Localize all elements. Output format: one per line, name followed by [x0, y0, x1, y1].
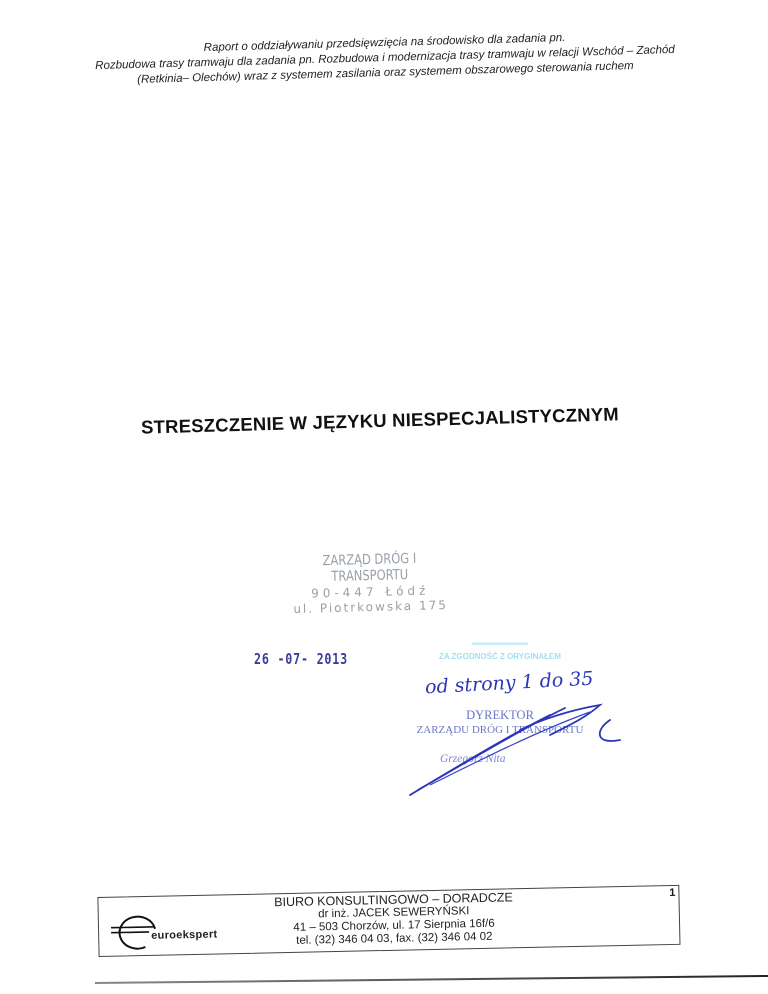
company-info: BIURO KONSULTINGOWO – DORADCZE dr inż. J… — [253, 891, 534, 949]
certified-copy-stamp: ▬▬▬▬▬▬▬ ZA ZGODNOŚĆ Z ORYGINAŁEM — [430, 636, 570, 664]
institution-stamp: ZARZĄD DRÓG I TRANSPORTU 90-447 Łódź ul.… — [269, 549, 471, 616]
page-number: 1 — [669, 887, 675, 899]
document-title: STRESZCZENIE W JĘZYKU NIESPECJALISTYCZNY… — [120, 403, 640, 440]
logo-text: euroekspert — [151, 929, 218, 942]
signature-icon — [400, 690, 640, 800]
stamp-institution-name: ZARZĄD DRÓG I TRANSPORTU — [287, 550, 452, 586]
footer-box: euroekspert BIURO KONSULTINGOWO – DORADC… — [97, 885, 680, 957]
certified-copy-text: ZA ZGODNOŚĆ Z ORYGINAŁEM — [430, 650, 570, 664]
bottom-divider — [95, 975, 768, 984]
document-page: Raport o oddziaływaniu przedsięwzięcia n… — [0, 0, 768, 994]
date-stamp: 26 -07- 2013 — [254, 650, 348, 668]
report-header: Raport o oddziaływaniu przedsięwzięcia n… — [59, 27, 710, 90]
